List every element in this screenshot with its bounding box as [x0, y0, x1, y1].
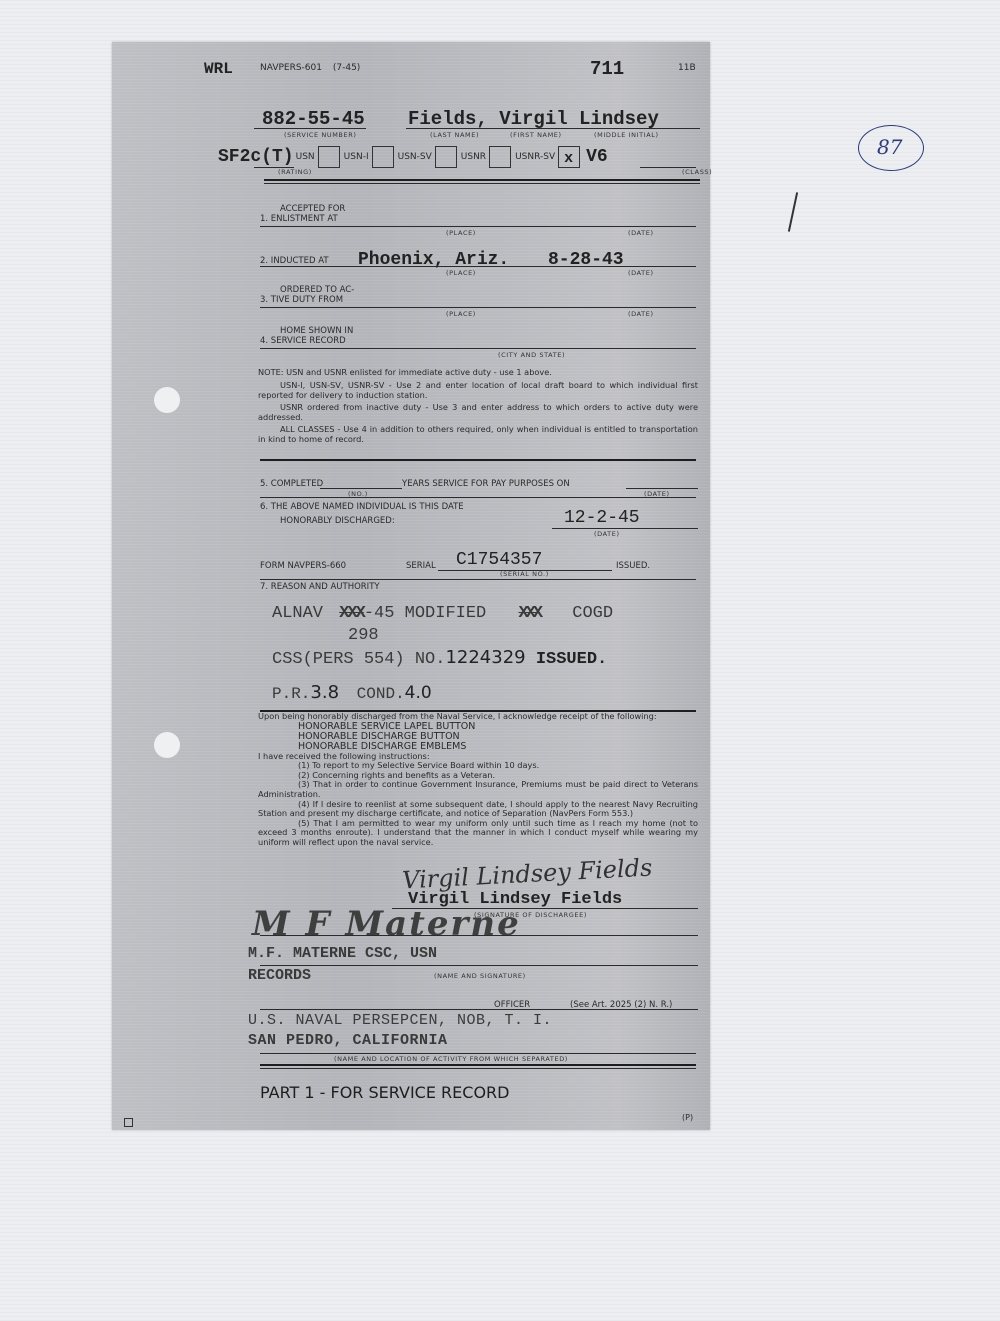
- bottom-double-rule-a: [260, 1064, 696, 1066]
- caption-class: (CLASS): [682, 168, 712, 176]
- item1-label-b: 1. ENLISTMENT AT: [260, 214, 345, 224]
- form660-issued-label: ISSUED.: [616, 561, 650, 571]
- note-para3: USNR ordered from inactive duty - Use 3 …: [258, 402, 698, 422]
- activity-line: [260, 1053, 696, 1054]
- note-bottom-rule: [260, 459, 696, 461]
- corner-code: 11B: [678, 63, 696, 73]
- item1-caption-place: (PLACE): [446, 229, 476, 237]
- cond-value: 4.0: [405, 683, 432, 703]
- form660-bottom-rule: [260, 579, 696, 580]
- item6-label-a: 6. THE ABOVE NAMED INDIVIDUAL IS THIS DA…: [260, 502, 464, 512]
- note-block: NOTE: USN and USNR enlisted for immediat…: [258, 367, 698, 444]
- bottom-double-rule-b: [260, 1068, 696, 1069]
- instruction-3: (3) That in order to continue Government…: [258, 780, 698, 799]
- option-usn-i-label: USN-I: [344, 152, 369, 162]
- item7-cogd: COGD: [572, 604, 613, 623]
- item2-line: [260, 266, 696, 267]
- item5-no-line: [320, 488, 402, 489]
- item3-label-a: ORDERED TO AC-: [260, 285, 354, 295]
- item7-label: 7. REASON AND AUTHORITY: [260, 582, 380, 592]
- rating-row: SF2c(T) USN USN-I USN-SV USNR USNR-SV x …: [218, 146, 608, 168]
- header-code: WRL: [204, 60, 233, 78]
- item4-label-b: 4. SERVICE RECORD: [260, 336, 353, 346]
- rating-value: SF2c(T): [218, 147, 294, 167]
- item1-label-a: ACCEPTED FOR: [260, 204, 345, 214]
- note-para4: ALL CLASSES - Use 4 in addition to other…: [258, 424, 698, 444]
- punch-hole-bottom: [154, 732, 180, 758]
- item7-modified: -45 MODIFIED: [364, 604, 486, 623]
- item7-css-label: CSS(PERS 554) NO.: [272, 650, 445, 669]
- stamp-number: 711: [590, 58, 624, 80]
- item6-caption-date: (DATE): [594, 530, 620, 538]
- item7-line2: CSS(PERS 554) NO.1224329 ISSUED.: [272, 647, 607, 669]
- item5-bottom-rule: [260, 497, 696, 498]
- option-usn-sv-label: USN-SV: [398, 152, 432, 162]
- item6-date: 12-2-45: [564, 508, 640, 528]
- item4-label-a: HOME SHOWN IN: [260, 326, 353, 336]
- item4-line: [260, 348, 696, 349]
- item7-issued: ISSUED.: [536, 650, 607, 669]
- option-usn-i-checkbox[interactable]: [372, 146, 394, 168]
- double-rule-top-b: [264, 183, 700, 184]
- dischargee-handwritten-signature: Virgil Lindsey Fields: [401, 853, 653, 894]
- item1-label: ACCEPTED FOR 1. ENLISTMENT AT: [260, 204, 345, 224]
- pr-value: 3.8: [310, 682, 339, 703]
- form-number-text: NAVPERS-601: [260, 63, 322, 73]
- officer-typed-title: RECORDS: [248, 967, 311, 984]
- note-line1: NOTE: USN and USNR enlisted for immediat…: [258, 367, 698, 377]
- form660-serial: C1754357: [456, 550, 542, 570]
- name-line: [406, 128, 700, 129]
- item7-insert-298: 298: [348, 626, 379, 645]
- instruction-5: (5) That I am permitted to wear my unifo…: [258, 819, 698, 848]
- option-usnr-sv-checkbox[interactable]: x: [558, 146, 580, 168]
- officer-reference: (See Art. 2025 (2) N. R.): [570, 1000, 672, 1010]
- class-value: V6: [586, 147, 608, 167]
- officer-typed-name: M.F. MATERNE CSC, USN: [248, 945, 437, 962]
- officer-handwritten-signature: M F Materne: [252, 904, 521, 944]
- item4-caption-city-state: (CITY AND STATE): [498, 351, 565, 359]
- cond-label: COND.: [357, 685, 405, 703]
- caption-rating: (RATING): [278, 168, 312, 176]
- item1-caption-date: (DATE): [628, 229, 654, 237]
- pen-stroke-mark: [788, 192, 798, 232]
- full-name: Fields, Virgil Lindsey: [408, 108, 659, 130]
- item5-label-b: YEARS SERVICE FOR PAY PURPOSES ON: [402, 479, 570, 489]
- option-usn-sv-checkbox[interactable]: [435, 146, 457, 168]
- item7-struck-number: XXX: [339, 604, 364, 623]
- option-usn-label: USN: [296, 152, 315, 162]
- instruction-4: (4) If I desire to reenlist at some subs…: [258, 800, 698, 819]
- page-number-text: 87: [877, 135, 902, 159]
- item3-line: [260, 307, 696, 308]
- service-number: 882-55-45: [262, 108, 365, 130]
- officer-signature-line: [260, 935, 698, 936]
- item4-label: HOME SHOWN IN 4. SERVICE RECORD: [260, 326, 353, 346]
- item7-alnav: ALNAV: [272, 604, 323, 623]
- item7-line1: ALNAV XXX-45 MODIFIED XXX COGD: [272, 604, 613, 623]
- caption-service-number: (SERVICE NUMBER): [284, 131, 356, 139]
- item3-label-b: 3. TIVE DUTY FROM: [260, 295, 354, 305]
- corner-mark: (P): [682, 1113, 693, 1122]
- acknowledgement-block: Upon being honorably discharged from the…: [258, 712, 698, 848]
- item3-caption-place: (PLACE): [446, 310, 476, 318]
- item5-date-line: [626, 488, 698, 489]
- form-date-text: (7-45): [333, 63, 360, 73]
- item2-label: 2. INDUCTED AT: [260, 256, 329, 266]
- item3-caption-date: (DATE): [628, 310, 654, 318]
- caption-activity: (NAME AND LOCATION OF ACTIVITY FROM WHIC…: [334, 1055, 568, 1063]
- item5-label-a: 5. COMPLETED: [260, 479, 323, 489]
- small-square-mark: [124, 1118, 133, 1127]
- option-usnr-sv-label: USNR-SV: [515, 152, 555, 162]
- caption-last-name: (LAST NAME): [430, 131, 479, 139]
- item7-pr-cond: P.R.3.8 COND.4.0: [272, 682, 432, 703]
- item6-date-line: [552, 528, 698, 529]
- note-para2: USN-I, USN-SV, USNR-SV - Use 2 and enter…: [258, 380, 698, 400]
- part-title: PART 1 - FOR SERVICE RECORD: [260, 1083, 509, 1102]
- caption-name-signature: (NAME AND SIGNATURE): [434, 972, 526, 980]
- double-rule-top-a: [264, 179, 700, 181]
- option-usnr-label: USNR: [461, 152, 486, 162]
- form-number: NAVPERS-601 (7-45): [260, 63, 360, 73]
- item2-date: 8-28-43: [548, 250, 624, 270]
- caption-first-name: (FIRST NAME): [510, 131, 562, 139]
- discharge-form-sheet: WRL NAVPERS-601 (7-45) 711 11B 882-55-45…: [112, 42, 710, 1130]
- circled-page-number: 87: [858, 125, 924, 171]
- option-usnr-checkbox[interactable]: [489, 146, 511, 168]
- pr-label: P.R.: [272, 685, 310, 703]
- item3-label: ORDERED TO AC- 3. TIVE DUTY FROM: [260, 285, 354, 305]
- activity-line1: U.S. NAVAL PERSEPCEN, NOB, T. I.: [248, 1012, 552, 1029]
- item7-struck-2: XXX: [518, 604, 540, 623]
- item6-label-b: HONORABLY DISCHARGED:: [280, 516, 395, 526]
- item7-css-number: 1224329: [445, 647, 525, 668]
- service-number-line: [254, 128, 366, 129]
- caption-middle-initial: (MIDDLE INITIAL): [594, 131, 659, 139]
- item2-caption-date: (DATE): [628, 269, 654, 277]
- item2-place: Phoenix, Ariz.: [358, 250, 509, 270]
- check-mark-x: x: [564, 150, 573, 167]
- activity-line2: SAN PEDRO, CALIFORNIA: [248, 1032, 448, 1049]
- form660-label: FORM NAVPERS-660: [260, 561, 346, 571]
- option-usn-checkbox[interactable]: [318, 146, 340, 168]
- officer-label: OFFICER: [494, 1000, 530, 1010]
- item1-line: [260, 226, 696, 227]
- punch-hole-top: [154, 387, 180, 413]
- item2-caption-place: (PLACE): [446, 269, 476, 277]
- form660-serial-label: SERIAL: [406, 561, 436, 571]
- caption-serial-no: (SERIAL NO.): [500, 570, 549, 578]
- officer-name-line: [260, 965, 698, 966]
